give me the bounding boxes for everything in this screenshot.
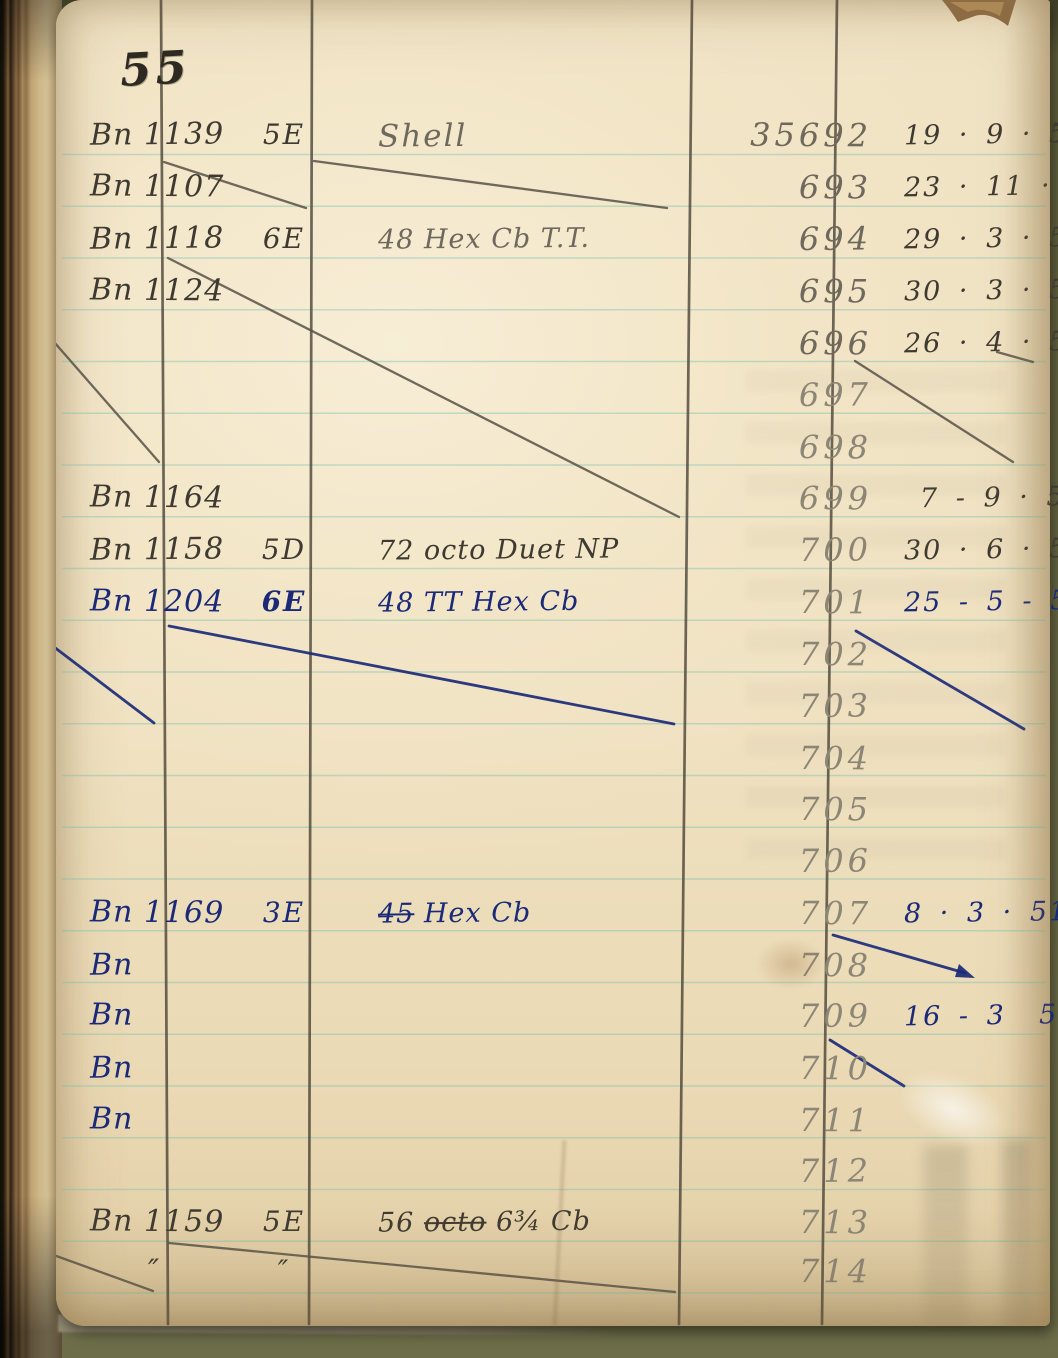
cell-serial: 710 [740, 1049, 872, 1088]
cell-serial: 698 [740, 428, 872, 467]
cell-bn: Bn 1139 [90, 115, 238, 155]
ledger-row: Bn70916 - 3 51 [56, 997, 1050, 1037]
cell-bn: Bn 1118 [90, 219, 238, 259]
cell-size: 5E [234, 116, 334, 154]
cell-serial: 712 [740, 1151, 872, 1190]
cell-serial: 697 [740, 375, 872, 414]
cell-bn: Bn 1204 [90, 582, 238, 621]
ledger-row: 705 [56, 790, 1050, 830]
cell-bn: Bn 1164 [90, 478, 238, 517]
cell-serial: 704 [740, 739, 872, 778]
ledger-row: 706 [56, 842, 1050, 882]
ledger-row: Bn710 [56, 1049, 1050, 1089]
cell-desc: 48 Hex Cb T.T. [378, 218, 750, 259]
cell-serial: 694 [740, 219, 872, 258]
cell-serial: 693 [740, 168, 872, 207]
cell-size: 3E [234, 894, 334, 932]
cell-serial: 35692 [740, 116, 872, 155]
cell-bn: Bn 1169 [90, 893, 238, 932]
cell-serial: 696 [740, 324, 872, 363]
ledger-row: Bn 12046E48 TT Hex Cb70125 - 5 - 51 [56, 583, 1050, 623]
cell-serial: 705 [740, 790, 872, 829]
ledger-row: Bn 11395EShell3569219 · 9 · 50 [56, 116, 1050, 156]
cell-size: 6E [234, 583, 334, 621]
cell-serial: 709 [740, 996, 872, 1035]
book-binding-edge [0, 0, 62, 1358]
ledger-row: 703 [56, 687, 1050, 727]
cell-desc: 72 octo Duet NP [378, 529, 750, 570]
cell-serial: 711 [740, 1101, 872, 1140]
ledger-row: Bn 11693E45 Hex Cb7078 · 3 · 51 [56, 894, 1050, 934]
cell-bn: Bn 1107 [90, 167, 238, 206]
cell-desc: 48 TT Hex Cb [378, 581, 750, 622]
cell-serial: 701 [740, 583, 872, 622]
ledger-row: Bn 11646997 - 9 · 50 [56, 479, 1050, 519]
cell-desc: 45 Hex Cb [378, 892, 750, 933]
ledger-row: Bn 11585D72 octo Duet NP70030 · 6 · 50 [56, 531, 1050, 571]
cell-serial: 700 [740, 530, 872, 569]
ledger-row: Bn 112469530 · 3 · 50 [56, 272, 1050, 312]
right-edge-shading [1004, 0, 1050, 1326]
cell-serial: 707 [740, 894, 872, 933]
ledger-page: 55 Bn 11395EShell3569219 · 9 · 50Bn 1107… [56, 0, 1050, 1326]
ledger-row: Bn 11186E48 Hex Cb T.T.69429 · 3 · 50 [56, 220, 1050, 260]
cell-bn: Bn 1158 [90, 530, 238, 570]
ledger-row: Bn711 [56, 1101, 1050, 1141]
ledger-row: Bn708 [56, 946, 1050, 986]
cell-serial: 706 [740, 841, 872, 880]
cell-size: 6E [234, 220, 334, 258]
cell-bn: Bn [90, 945, 238, 985]
ledger-row: 712 [56, 1152, 1050, 1192]
bottom-edge-shading [56, 1206, 1050, 1326]
scanned-ledger-photo: 55 Bn 11395EShell3569219 · 9 · 50Bn 1107… [0, 0, 1058, 1358]
cell-serial: 708 [740, 946, 872, 985]
cell-serial: 699 [740, 479, 872, 518]
cell-bn: Bn [90, 1100, 238, 1139]
ledger-row: 698 [56, 428, 1050, 468]
cell-serial: 703 [740, 686, 872, 725]
cell-bn: Bn [90, 1048, 238, 1088]
page-number: 55 [119, 40, 192, 97]
ledger-row: Bn 110769323 · 11 · 50 [56, 168, 1050, 208]
ledger-row: 702 [56, 635, 1050, 675]
ledger-row: 69626 · 4 · 50 [56, 324, 1050, 364]
ledger-row: 697 [56, 376, 1050, 416]
ledger-row: 704 [56, 739, 1050, 779]
cell-desc: Shell [378, 114, 750, 155]
cell-serial: 702 [740, 635, 872, 674]
cell-bn: Bn [90, 996, 238, 1035]
cell-serial: 695 [740, 272, 872, 311]
cell-bn: Bn 1124 [90, 271, 238, 310]
cell-size: 5D [234, 531, 334, 569]
